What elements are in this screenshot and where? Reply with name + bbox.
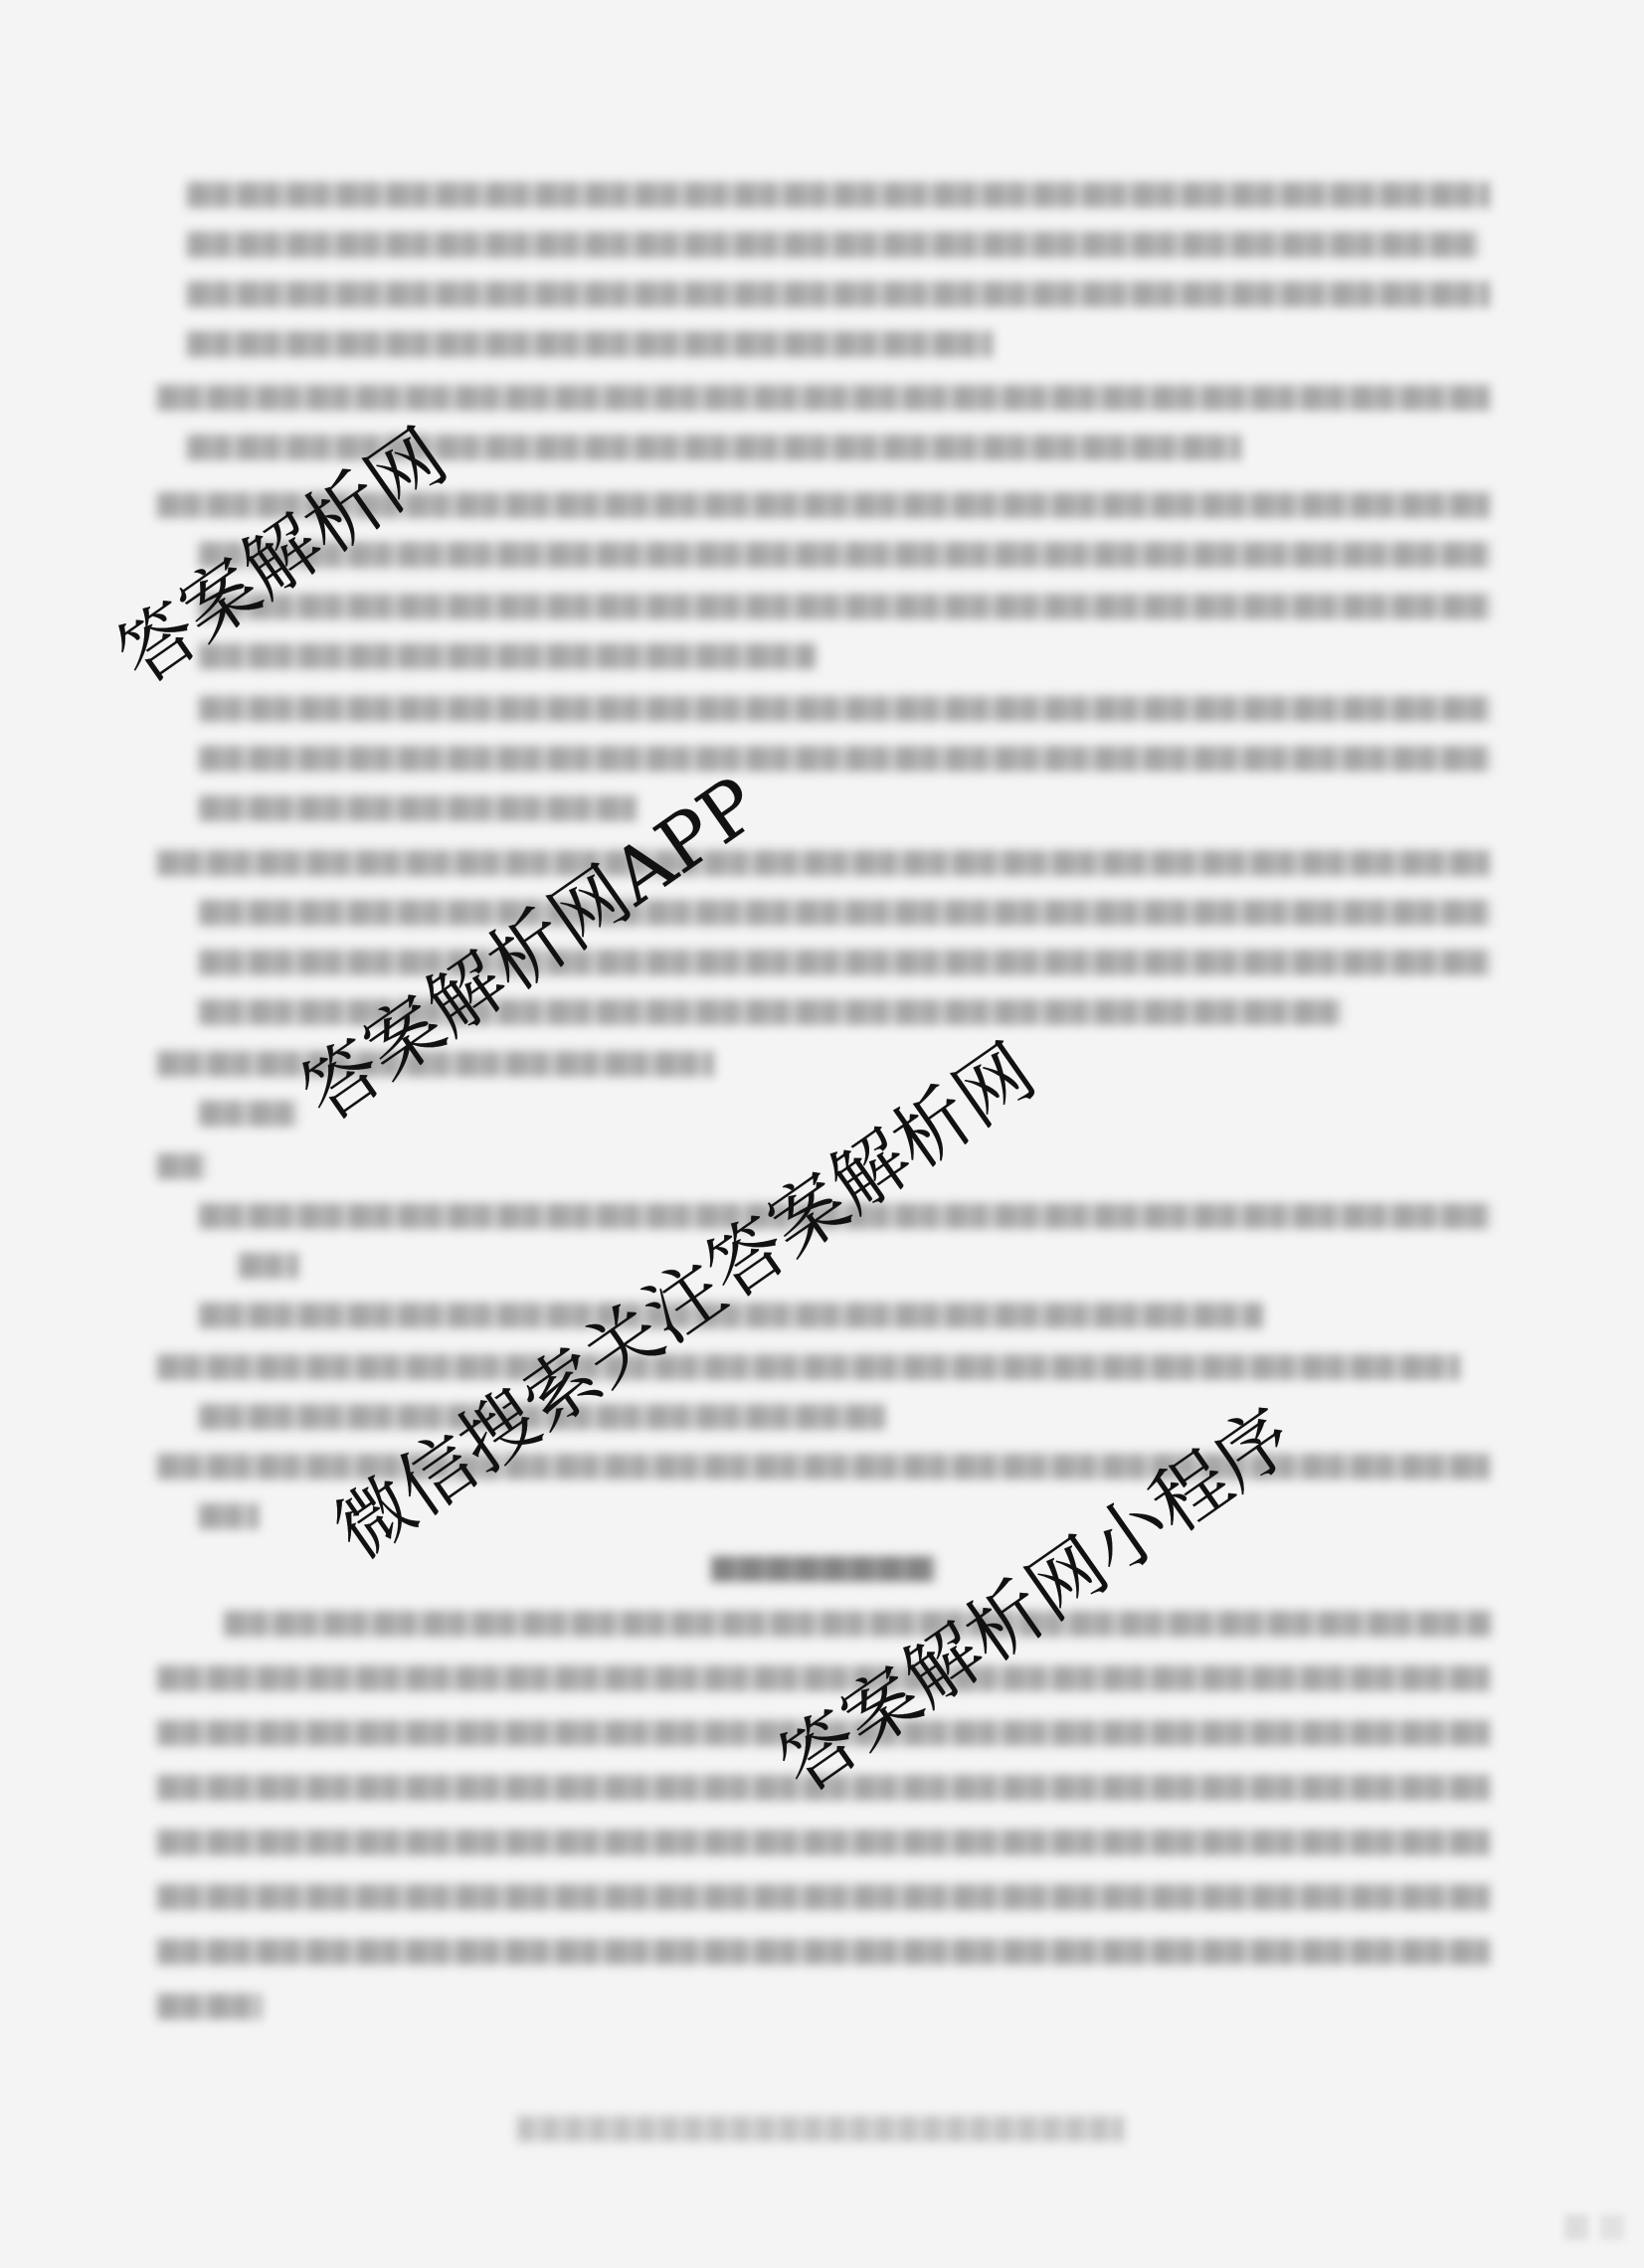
blurred-text-line: [199, 643, 816, 669]
blurred-text-line: [199, 696, 1492, 722]
blurred-text-line: [157, 850, 1490, 876]
blurred-text-line: [199, 542, 1492, 568]
blurred-text-line: [157, 1884, 1490, 1910]
blurred-text-line: [199, 746, 1492, 772]
blurred-text-line: [239, 1253, 298, 1279]
corner-logo-mark: [1564, 2214, 1624, 2240]
blurred-text-line: [199, 1101, 298, 1127]
blurred-text-line: [199, 594, 1492, 619]
blurred-text-line: [157, 1354, 1460, 1380]
blurred-text-line: [187, 182, 1490, 208]
document-page: 答案解析网 答案解析网APP 微信搜索关注答案解析网 答案解析网小程序: [0, 0, 1644, 2268]
blurred-text-line: [187, 232, 1480, 258]
blurred-text-line: [157, 1830, 1490, 1855]
blurred-text-line: [199, 900, 1492, 926]
blurred-text-line: [157, 1665, 1490, 1691]
blurred-text-line: [157, 1153, 207, 1179]
blurred-text-line: [187, 281, 1490, 307]
blurred-text-line: [224, 1611, 1492, 1637]
blurred-text-line: [187, 331, 993, 357]
blurred-text-line: [199, 795, 637, 821]
blurred-text-line: [199, 950, 1492, 975]
blurred-text-line: [157, 1994, 262, 2019]
blurred-text-line: [157, 1939, 1490, 1965]
blurred-text-line: [199, 1503, 259, 1529]
blurred-heading-line: [711, 1556, 935, 1582]
blurred-text-line: [157, 385, 1490, 411]
blurred-footer-line: [517, 2116, 1124, 2142]
